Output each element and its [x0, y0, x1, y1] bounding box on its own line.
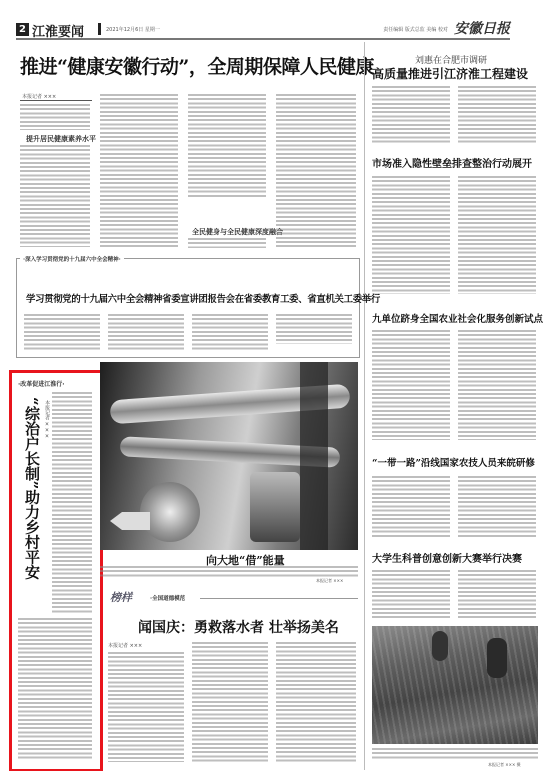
boxed-text-col2 — [108, 314, 184, 352]
column-rule — [200, 598, 358, 599]
right-article-2-headline[interactable]: 九单位跻身全国农业社会化服务创新试点 — [372, 311, 543, 325]
role-model-text-col1 — [108, 652, 184, 762]
page-number: 2 — [16, 23, 29, 36]
column-divider — [364, 42, 365, 770]
lead-subhead-1: 提升居民健康素养水平 — [26, 134, 96, 144]
boxed-text-col4 — [276, 314, 352, 344]
section-name: 江淮要闻 — [32, 21, 84, 40]
lead-text-col1b — [20, 145, 90, 247]
right-top-text-col1 — [372, 86, 450, 144]
lead-text-col4 — [276, 94, 356, 247]
farm-photo — [372, 626, 538, 744]
right-article-3-headline[interactable]: “一带一路”沿线国家农技人员来皖研修 — [372, 455, 535, 469]
right-article-3-col1 — [372, 476, 450, 538]
right-article-2-col2 — [458, 330, 536, 440]
right-article-1-col2 — [458, 176, 536, 294]
photo-credit: 本报记者 ××× — [316, 578, 343, 584]
right-top-text-col2 — [458, 86, 536, 144]
lead-text-col3a — [188, 94, 266, 199]
role-model-text-col3 — [276, 642, 356, 762]
right-article-4-col2 — [458, 570, 536, 620]
side-feature-text-bottom — [18, 618, 92, 760]
role-model-text-col2 — [192, 642, 268, 762]
farm-photo-credit: 本报记者 ××× 摄 — [488, 762, 521, 768]
right-top-headline[interactable]: 高质量推进引江济淮工程建设 — [372, 65, 528, 82]
right-article-3-col2 — [458, 476, 536, 538]
lead-byline: 本报记者 ××× — [22, 93, 56, 100]
photo-caption-text — [100, 566, 358, 578]
masthead: 2 江淮要闻 2021年12月6日 星期一 责任编辑 版式总监 美编 校对 安徽… — [16, 8, 510, 40]
lead-text-col3b — [188, 238, 266, 248]
right-article-1-headline[interactable]: 市场准入隐性壁垒排查整治行动展开 — [372, 155, 532, 170]
role-model-byline: 本报记者 ××× — [108, 642, 142, 649]
boxed-article-label: ·深入学习贯彻党的十九届六中全会精神· — [20, 255, 124, 263]
side-feature-byline: 本报记者 ××× — [44, 400, 51, 440]
boxed-text-col3 — [192, 314, 268, 352]
pipeline-photo — [100, 362, 358, 550]
side-feature-text-top — [52, 392, 92, 614]
right-article-4-headline[interactable]: 大学生科普创意创新大赛举行决赛 — [372, 550, 522, 565]
lead-subhead-2: 全民健身与全民健康深度融合 — [192, 227, 283, 237]
paper-logo: 安徽日报 — [454, 18, 510, 38]
section-divider — [98, 23, 101, 35]
side-feature-headline[interactable]: “综治户长制”助力乡村平安 — [24, 397, 40, 579]
lead-text-col1a — [20, 104, 90, 130]
column-logo: 榜样 — [110, 589, 132, 605]
byline-rule — [20, 100, 92, 101]
right-article-1-col1 — [372, 176, 450, 294]
issue-date: 2021年12月6日 星期一 — [106, 26, 160, 33]
lead-text-col2 — [100, 94, 178, 247]
lead-headline[interactable]: 推进“健康安徽行动”，全周期保障人民健康 — [20, 52, 374, 79]
boxed-text-col1 — [24, 314, 100, 352]
right-article-2-col1 — [372, 330, 450, 440]
boxed-article-headline[interactable]: 学习贯彻党的十九届六中全会精神省委宣讲团报告会在省委教育工委、省直机关工委举行 — [26, 291, 380, 305]
editor-credits: 责任编辑 版式总监 美编 校对 — [383, 26, 448, 33]
role-model-headline[interactable]: 闻国庆：勇救落水者 壮举扬美名 — [138, 617, 339, 637]
column-label: ·全国道德模范 — [150, 594, 185, 602]
right-article-4-col1 — [372, 570, 450, 620]
farm-photo-caption — [372, 748, 538, 760]
side-column-label: ·改革促进江淮行· — [18, 379, 65, 388]
